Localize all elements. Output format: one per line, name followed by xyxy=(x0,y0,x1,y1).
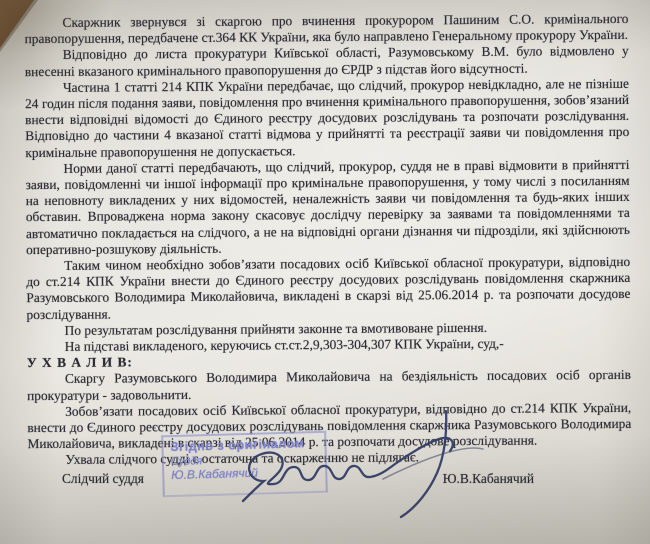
resolution-paragraph: Ухвала слідчого судді є остаточна та оск… xyxy=(27,448,631,468)
signature-row: Слідчий суддя Ю.В.Кабанячий xyxy=(26,471,630,487)
body-paragraph: Скаржник звернувся зі скаргою про вчинен… xyxy=(24,11,628,48)
document-body: Скаржник звернувся зі скаргою про вчинен… xyxy=(24,11,631,469)
stamp-certified-text: Згідно з оригіналом xyxy=(170,435,318,454)
body-paragraph: Норми даної статті передбачають, що слід… xyxy=(25,157,630,258)
body-paragraph: Відповідно до листа прокуратури Київсько… xyxy=(25,43,629,80)
document-photo: Скаржник звернувся зі скаргою про вчинен… xyxy=(0,0,650,544)
body-paragraph: Таким чином необхідно зобов’язати посадо… xyxy=(26,254,630,323)
resolution-paragraph: Скаргу Разумовського Володимира Миколайо… xyxy=(27,367,631,404)
signature-role-label: Слідчий суддя xyxy=(62,471,144,487)
certification-stamp: Згідно з оригіналом Суддя Ю.В.Кабанячий xyxy=(161,431,328,498)
resolution-paragraph: Зобов’язати посадових осіб Київської обл… xyxy=(27,400,631,453)
signature-name-label: Ю.В.Кабанячий xyxy=(443,471,534,487)
body-paragraph: Частина 1 статті 214 КПК України передба… xyxy=(25,76,630,161)
